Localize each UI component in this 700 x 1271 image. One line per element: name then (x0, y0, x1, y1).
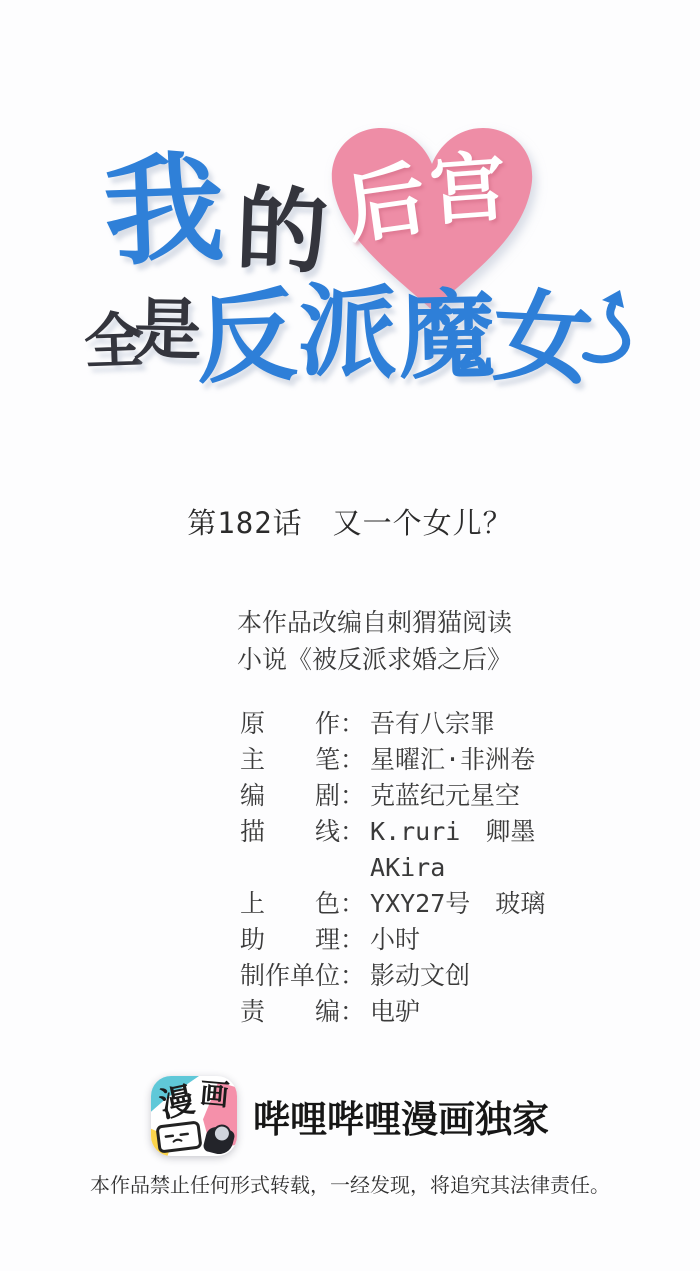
adaptation-line-2: 小说《被反派求婚之后》 (237, 641, 512, 678)
credit-colon: ： (340, 814, 365, 850)
logo-arm-shape (202, 1125, 235, 1156)
credit-value: 小时 (370, 922, 420, 958)
title-char-mo: 魔 (398, 287, 496, 385)
credit-row-assistant: 助理：小时 (240, 922, 545, 958)
credit-colon: ： (340, 994, 365, 1030)
credit-row-line-art-cont: ：AKira (240, 850, 545, 886)
credit-colon: ： (340, 706, 365, 742)
credit-colon: ： (340, 886, 365, 922)
copyright-disclaimer: 本作品禁止任何形式转载，一经发现，将追究其法律责任。 (0, 1169, 700, 1198)
title-char-de: 的 (234, 184, 329, 279)
credit-value: 电驴 (370, 994, 420, 1030)
comic-title-page: 我 的 后 宫 全 是 反 派 魔 女 第182话 又一个女儿？ 本作品改编自刺… (0, 0, 700, 1271)
credit-colon: ： (340, 778, 365, 814)
credit-value: 克蓝纪元星空 (370, 778, 520, 814)
credit-row-editor: 责编：电驴 (240, 994, 545, 1030)
credit-value: YXY27号 玻璃 (370, 886, 545, 922)
logo-char-man: 漫 (157, 1083, 197, 1123)
title-char-nv: 女 (490, 286, 595, 391)
credit-colon: ： (340, 958, 365, 994)
series-title-logo: 我 的 后 宫 全 是 反 派 魔 女 (0, 0, 700, 430)
title-char-fan: 反 (194, 285, 298, 389)
credit-row-original-author: 原作：吾有八宗罪 (240, 706, 545, 742)
credit-colon: ： (340, 742, 365, 778)
credit-label: 编剧 (240, 778, 340, 814)
credits-list: 原作：吾有八宗罪 主笔：星曜汇·非洲卷 编剧：克蓝纪元星空 描线：K.ruri … (240, 706, 545, 1030)
title-char-shi: 是 (133, 296, 201, 364)
bilibili-manga-logo-icon: 漫 画 (151, 1076, 237, 1156)
title-char-hou: 后 (341, 159, 431, 249)
credit-value: 影动文创 (370, 958, 470, 994)
publisher-name: 哔哩哔哩漫画独家 (253, 1089, 549, 1143)
credit-row-line-art: 描线：K.ruri 卿墨 (240, 814, 545, 850)
adaptation-line-1: 本作品改编自刺猬猫阅读 (237, 604, 512, 641)
credit-label: 制作单位 (240, 958, 340, 994)
credit-row-coloring: 上色：YXY27号 玻璃 (240, 886, 545, 922)
credit-label: 主笔 (240, 742, 340, 778)
credit-colon: ： (340, 922, 365, 958)
credit-label: 责编 (240, 994, 340, 1030)
adaptation-note: 本作品改编自刺猬猫阅读 小说《被反派求婚之后》 (237, 604, 512, 678)
credit-value: 吾有八宗罪 (370, 706, 495, 742)
title-char-gong: 宫 (427, 148, 508, 229)
credit-value: AKira (370, 850, 445, 886)
credit-row-production-studio: 制作单位：影动文创 (240, 958, 545, 994)
title-char-pai: 派 (296, 281, 399, 384)
title-char-wo: 我 (102, 150, 226, 274)
credit-value: 星曜汇·非洲卷 (370, 742, 535, 778)
credit-label: 上色 (240, 886, 340, 922)
publisher-row: 漫 画 哔哩哔哩漫画独家 (0, 1073, 700, 1159)
credit-value: K.ruri 卿墨 (370, 814, 535, 850)
credit-label: 原作 (240, 706, 340, 742)
credit-label: 描线 (240, 814, 340, 850)
credit-label: 助理 (240, 922, 340, 958)
credit-row-screenwriter: 编剧：克蓝纪元星空 (240, 778, 545, 814)
tv-face-icon (155, 1120, 202, 1153)
logo-char-hua: 画 (199, 1079, 230, 1110)
chapter-title: 第182话 又一个女儿？ (0, 501, 700, 542)
credit-row-lead-artist: 主笔：星曜汇·非洲卷 (240, 742, 545, 778)
